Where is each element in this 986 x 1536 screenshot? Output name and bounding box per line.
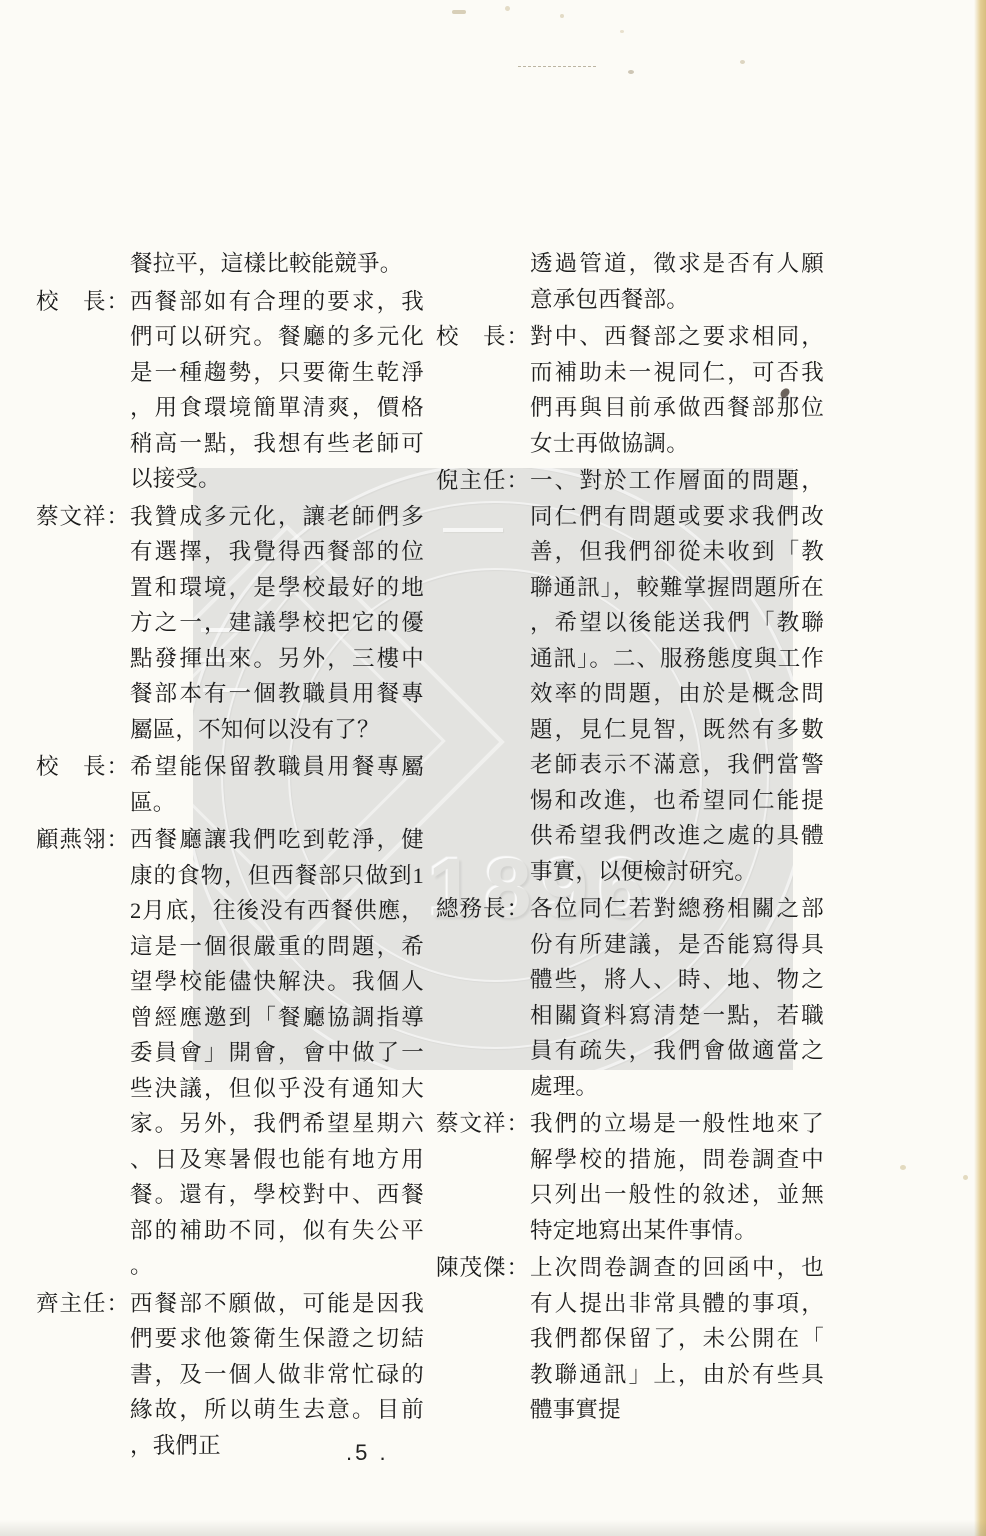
paper-speck <box>740 60 745 64</box>
speech-text: 西餐部如有合理的要求，我們可以研究。餐廳的多元化是一種趨勢，只要衛生乾淨，用食環… <box>130 289 424 492</box>
speaker-name: 校 長： <box>36 284 130 320</box>
speech-paragraph: 校 長：希望能保留教職員用餐專屬區。 <box>36 749 424 820</box>
speaker-name: 校 長： <box>36 749 130 785</box>
speech-paragraph: 蔡文祥：我贊成多元化，讓老師們多有選擇，我覺得西餐部的位置和環境，是學校最好的地… <box>36 499 424 748</box>
paper-speck <box>560 14 564 18</box>
speech-text: 我贊成多元化，讓老師們多有選擇，我覺得西餐部的位置和環境，是學校最好的地方之一，… <box>130 504 424 742</box>
speech-text: 一、對於工作層面的問題，同仁們有問題或要求我們改善，但我們卻從未收到「教聯通訊」… <box>530 468 824 884</box>
speech-paragraph: 齊主任：西餐部不願做，可能是因我們要求他簽衛生保證之切結書，及一個人做非常忙碌的… <box>36 1286 424 1464</box>
speaker-name: 蔡文祥： <box>36 499 130 535</box>
paper-speck <box>620 30 624 33</box>
speech-paragraph: 顧燕翎：西餐廳讓我們吃到乾淨，健康的食物，但西餐部只做到12月底，往後没有西餐供… <box>36 822 424 1284</box>
page-edge-right <box>974 0 986 1536</box>
speaker-name: 齊主任： <box>36 1286 130 1322</box>
speech-text: 對中、西餐部之要求相同，而補助未一視同仁，可否我們再與目前承做西餐部那位女士再做… <box>530 324 824 456</box>
speech-paragraph: 校 長：西餐部如有合理的要求，我們可以研究。餐廳的多元化是一種趨勢，只要衛生乾淨… <box>36 284 424 497</box>
speech-paragraph: 陳茂傑：上次問卷調查的回函中，也有人提出非常具體的事項，我們都保留了，未公開在「… <box>436 1250 824 1428</box>
paper-speck <box>452 10 466 14</box>
speech-text: 餐拉平，這樣比較能競爭。 <box>130 251 402 276</box>
speech-text: 西餐部不願做，可能是因我們要求他簽衛生保證之切結書，及一個人做非常忙碌的緣故，所… <box>130 1291 424 1458</box>
text-column-left: 餐拉平，這樣比較能競爭。校 長：西餐部如有合理的要求，我們可以研究。餐廳的多元化… <box>36 246 424 1465</box>
speaker-name: 總務長： <box>436 891 530 927</box>
speech-paragraph: 校 長：對中、西餐部之要求相同，而補助未一視同仁，可否我們再與目前承做西餐部那位… <box>436 319 824 461</box>
speech-paragraph: 蔡文祥：我們的立場是一般性地來了解學校的措施，問卷調查中只列出一般性的敘述，並無… <box>436 1106 824 1248</box>
speech-paragraph: 總務長：各位同仁若對總務相關之部份有所建議，是否能寫得具體些，將人、時、地、物之… <box>436 891 824 1104</box>
text-column-right: 透過管道，徵求是否有人願意承包西餐部。校 長：對中、西餐部之要求相同，而補助未一… <box>436 246 824 1430</box>
speech-text: 希望能保留教職員用餐專屬區。 <box>130 754 424 815</box>
faint-dashed-line <box>518 66 596 67</box>
paper-speck <box>505 6 510 11</box>
speech-text: 透過管道，徵求是否有人願意承包西餐部。 <box>530 251 824 312</box>
page-number: .5 . <box>346 1440 389 1466</box>
speech-text: 各位同仁若對總務相關之部份有所建議，是否能寫得具體些，將人、時、地、物之相關資料… <box>530 896 824 1099</box>
speaker-name: 陳茂傑： <box>436 1250 530 1286</box>
speaker-name: 顧燕翎： <box>36 822 130 858</box>
speech-text: 上次問卷調查的回函中，也有人提出非常具體的事項，我們都保留了，未公開在「教聯通訊… <box>530 1255 824 1422</box>
document-page: 1896 餐拉平，這樣比較能競爭。校 長：西餐部如有合理的要求，我們可以研究。餐… <box>0 0 986 1536</box>
paper-speck <box>900 1165 906 1170</box>
paper-speck <box>963 1175 968 1180</box>
speaker-name: 校 長： <box>436 319 530 355</box>
speech-text: 西餐廳讓我們吃到乾淨，健康的食物，但西餐部只做到12月底，往後没有西餐供應，這是… <box>130 827 424 1278</box>
speech-paragraph: 倪主任：一、對於工作層面的問題，同仁們有問題或要求我們改善，但我們卻從未收到「教… <box>436 463 824 889</box>
speaker-name: 蔡文祥： <box>436 1106 530 1142</box>
speech-paragraph: 透過管道，徵求是否有人願意承包西餐部。 <box>436 246 824 317</box>
page-edge-bottom <box>0 1520 986 1536</box>
speaker-name: 倪主任： <box>436 463 530 499</box>
speech-text: 我們的立場是一般性地來了解學校的措施，問卷調查中只列出一般性的敘述，並無特定地寫… <box>530 1111 824 1243</box>
paper-speck <box>628 70 634 74</box>
speech-paragraph: 餐拉平，這樣比較能競爭。 <box>36 246 424 282</box>
